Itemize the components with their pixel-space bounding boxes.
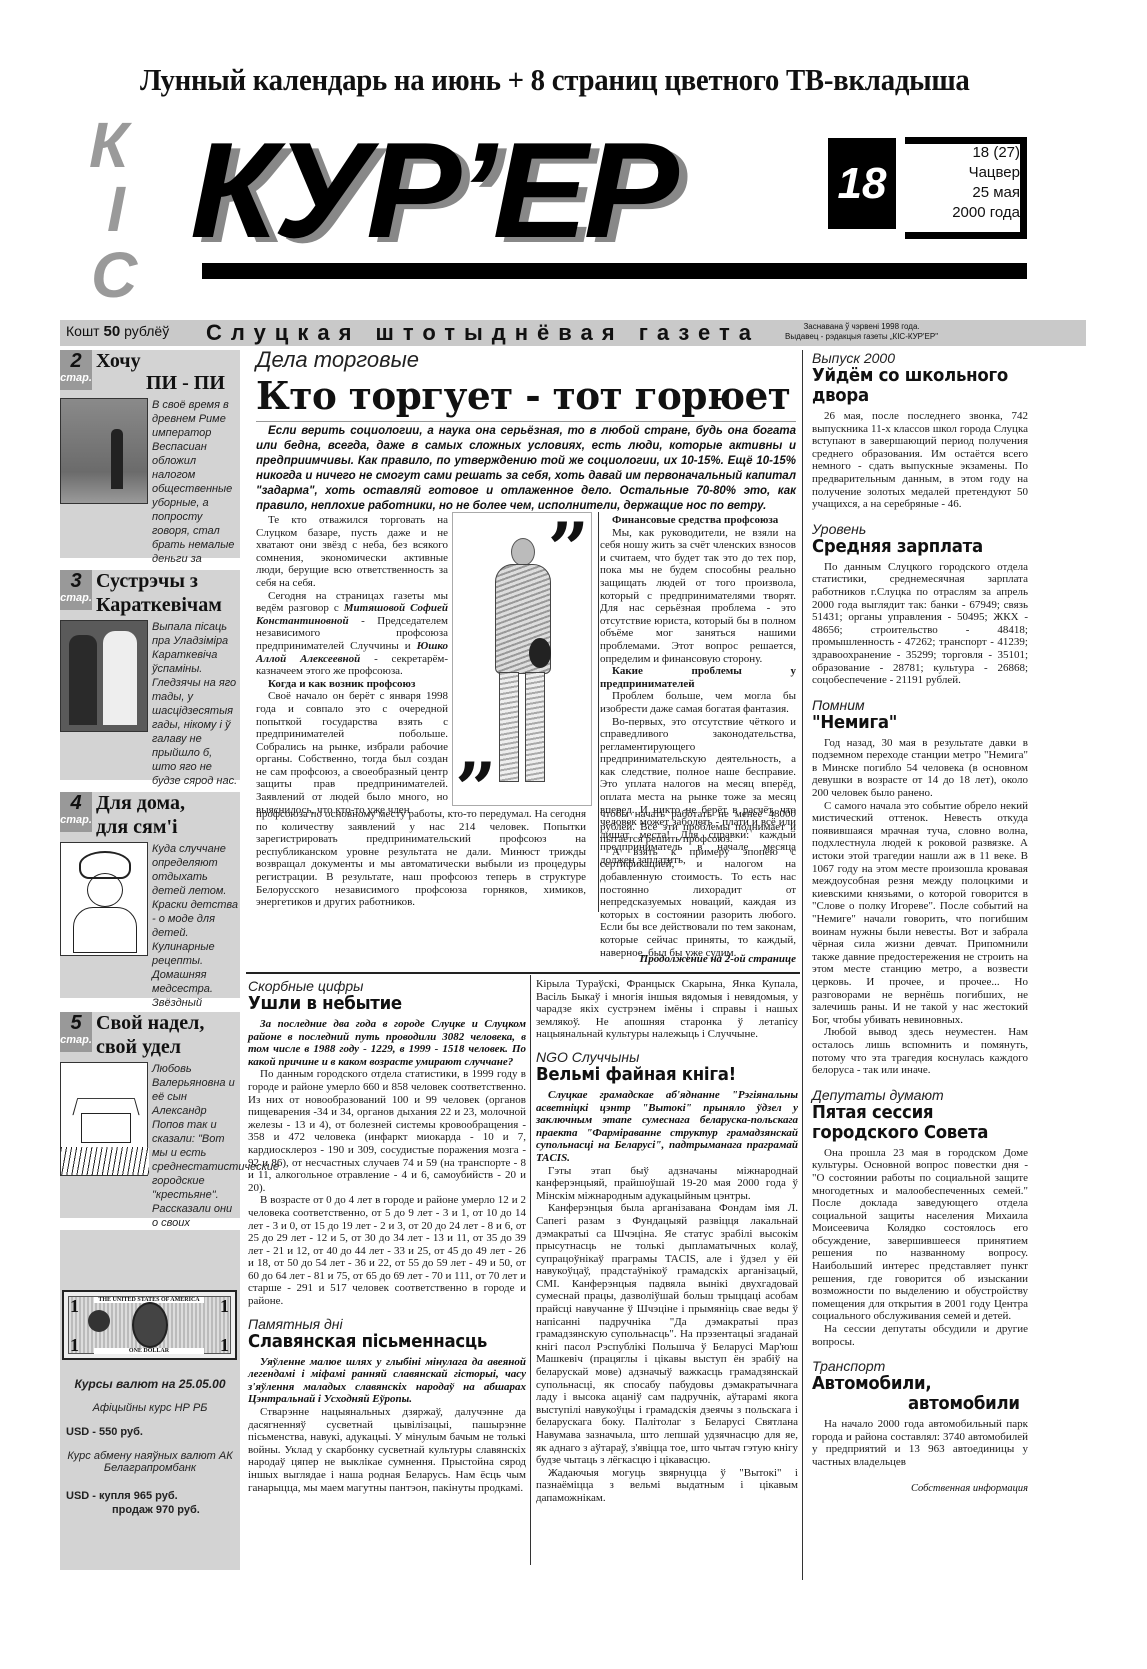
section-kicker: Памятныя дні [248, 1316, 526, 1332]
closing-quote-icon: ” [548, 513, 589, 585]
subheading: Финансовые средства профсоюза [600, 514, 796, 527]
section-kicker: Выпуск 2000 [812, 350, 1028, 366]
page-number-badge: 5 стар. [60, 1012, 92, 1052]
rates-sell: продаж 970 руб. [112, 1504, 242, 1516]
right-column: Выпуск 2000 Уйдём со школьного двора 26 … [812, 350, 1028, 1494]
tagline: Слуцкая штотыднёвая газета [206, 320, 760, 346]
subheading: Когда и как возник профсоюз [256, 678, 448, 691]
column-divider [598, 512, 599, 912]
teaser-title: Для дома, [96, 792, 185, 814]
rates-official-label: Афіцыйны курс НР РБ [60, 1402, 240, 1414]
issue-badge: 18 [828, 138, 896, 229]
teaser-text: Куда случчане определяют отдыхать детей … [152, 842, 238, 1024]
founded-info: Заснавана ў чэрвені 1998 года. Выдавец -… [785, 322, 938, 342]
teaser-title-2: ПИ - ПИ [146, 372, 225, 394]
teaser-text: Выпала пісаць пра Уладзіміра Караткевіча… [152, 620, 238, 788]
lead-intro: Если верить социологии, а наука она серь… [256, 424, 796, 514]
section-intro: Уяўленне малюе шлях у глыбіні мінулага д… [248, 1356, 526, 1406]
teaser-page-4[interactable]: 4 стар. Для дома, для сям'і Куда случчан… [60, 792, 240, 998]
section-headline: Пятая сессия городского Совета [812, 1103, 1024, 1143]
issue-info: 18 (27) Чацвер 25 мая 2000 года [910, 143, 1020, 223]
subheading: Какие проблемы у предпринимателей [600, 665, 796, 690]
page-number-badge: 2 стар. [60, 350, 92, 390]
section-intro: За последние два года в городе Слуцке и … [248, 1018, 526, 1068]
banknote-portrait [132, 1302, 168, 1348]
section-kicker: Депутаты думают [812, 1087, 1028, 1103]
masthead-rule [202, 263, 1027, 279]
banknote-seal [88, 1310, 110, 1332]
section-headline-2: автомобили [908, 1394, 1018, 1414]
section-headline: Славянская пісьменнасць [248, 1332, 504, 1352]
kis-letter-k: К [89, 108, 128, 182]
section-intro: Слуцкае грамадскае аб'яднанне "Рэгіяналь… [536, 1089, 798, 1165]
teaser-page-2[interactable]: 2 стар. Хочу ПИ - ПИ В своё время в древ… [60, 350, 240, 558]
bottom-middle-column: Кірыла Тураўскі, Францыск Скарына, Янка … [536, 978, 798, 1505]
teaser-title-2: для сям'і [96, 816, 178, 838]
lead-wide-bottom: профсоюза по основному месту работы, кто… [256, 808, 586, 909]
section-kicker: Помним [812, 697, 1028, 713]
section-headline: Ушли в небытие [248, 994, 504, 1014]
bottom-left-column: Скорбные цифры Ушли в небытие За последн… [248, 978, 526, 1494]
newspaper-title: КУР’ЕР [190, 122, 675, 258]
teaser-page-3[interactable]: 3 стар. Сустрэчы з Караткевічам Выпала п… [60, 570, 240, 780]
rates-official-usd: USD - 550 руб. [66, 1426, 246, 1438]
price: Кошт 50 рублёў [66, 323, 169, 340]
section-divider [246, 972, 800, 974]
lead-column-3-bottom: чтобы начать работать не менее 48000 руб… [600, 808, 796, 959]
teaser-text: В своё время в древнем Риме император Ве… [152, 398, 238, 594]
section-headline: Уйдём со школьного двора [812, 366, 1033, 406]
page-number-badge: 3 стар. [60, 570, 92, 610]
teaser-title: Сустрэчы з [96, 570, 198, 592]
banknote-bottom-text: ONE DOLLAR [94, 1348, 204, 1354]
lead-headline: Кто торгует - тот горюет [256, 373, 790, 418]
signature: Собственная информация [812, 1483, 1028, 1494]
section-kicker: NGO Случчыны [536, 1049, 798, 1065]
section-headline: Вельмі файная кніга! [536, 1065, 777, 1085]
column-divider [530, 975, 531, 1565]
man-by-wall-photo [60, 398, 148, 504]
rates-title: Курсы валют на 25.05.00 [60, 1377, 240, 1391]
issue-weekday: Чацвер [910, 163, 1020, 183]
section-kicker: Транспорт [812, 1358, 1028, 1374]
continued-link[interactable]: Продолжение на 2-ой странице [560, 953, 796, 965]
section-headline: Средняя зарплата [812, 537, 1011, 557]
section-headline: Автомобили, [812, 1374, 1011, 1394]
issue-number: 18 (27) [910, 143, 1020, 163]
rates-exchange-label: Курс абмену наяўных валют АК Белаграпром… [60, 1450, 240, 1474]
currency-box [60, 1230, 240, 1570]
teaser-text: Любовь Валерьяновна и её сын Александр П… [152, 1062, 238, 1244]
lead-kicker: Дела торговые [256, 347, 419, 373]
column-divider [802, 350, 803, 1580]
price-suffix: рублёў [124, 323, 169, 339]
issue-date: 25 мая [910, 183, 1020, 203]
promo-banner: Лунный календарь на июнь + 8 страниц цве… [140, 62, 1033, 98]
issue-year: 2000 года [910, 203, 1020, 223]
price-prefix: Кошт [66, 323, 100, 339]
section-headline: "Немига" [812, 713, 1011, 733]
price-value: 50 [103, 323, 120, 340]
girl-drawing [60, 842, 148, 956]
dollar-banknote-icon: THE UNITED STATES OF AMERICA 1 1 1 1 ONE… [62, 1290, 237, 1360]
lead-rule [256, 421, 796, 422]
section-kicker: Уровень [812, 521, 1028, 537]
teaser-title: Хочу [96, 350, 141, 372]
teaser-title: Свой надел, [96, 1012, 204, 1034]
kis-letter-s: С [91, 238, 137, 312]
teaser-page-5[interactable]: 5 стар. Свой надел, свой удел Любовь Вал… [60, 1012, 240, 1218]
rates-buy: USD - купля 965 руб. [66, 1490, 246, 1502]
publisher: Выдавец - рэдакцыя газеты „КІС-КУР'ЕР" [785, 332, 938, 342]
village-house-drawing [60, 1062, 148, 1176]
kis-vertical-logo: К І С [85, 108, 165, 318]
section-kicker: Скорбные цифры [248, 978, 526, 994]
teaser-title-2: свой удел [96, 1036, 181, 1058]
founded-date: Заснавана ў чэрвені 1998 года. [785, 322, 938, 332]
teaser-title-2: Караткевічам [96, 594, 222, 616]
page-number-badge: 4 стар. [60, 792, 92, 832]
kis-letter-i: І [107, 172, 125, 246]
lead-column-1: Те кто отважился торговать на Слуцком ба… [256, 514, 448, 816]
man-from-behind-drawing: ” ” [452, 512, 592, 806]
two-men-photo [60, 620, 148, 732]
